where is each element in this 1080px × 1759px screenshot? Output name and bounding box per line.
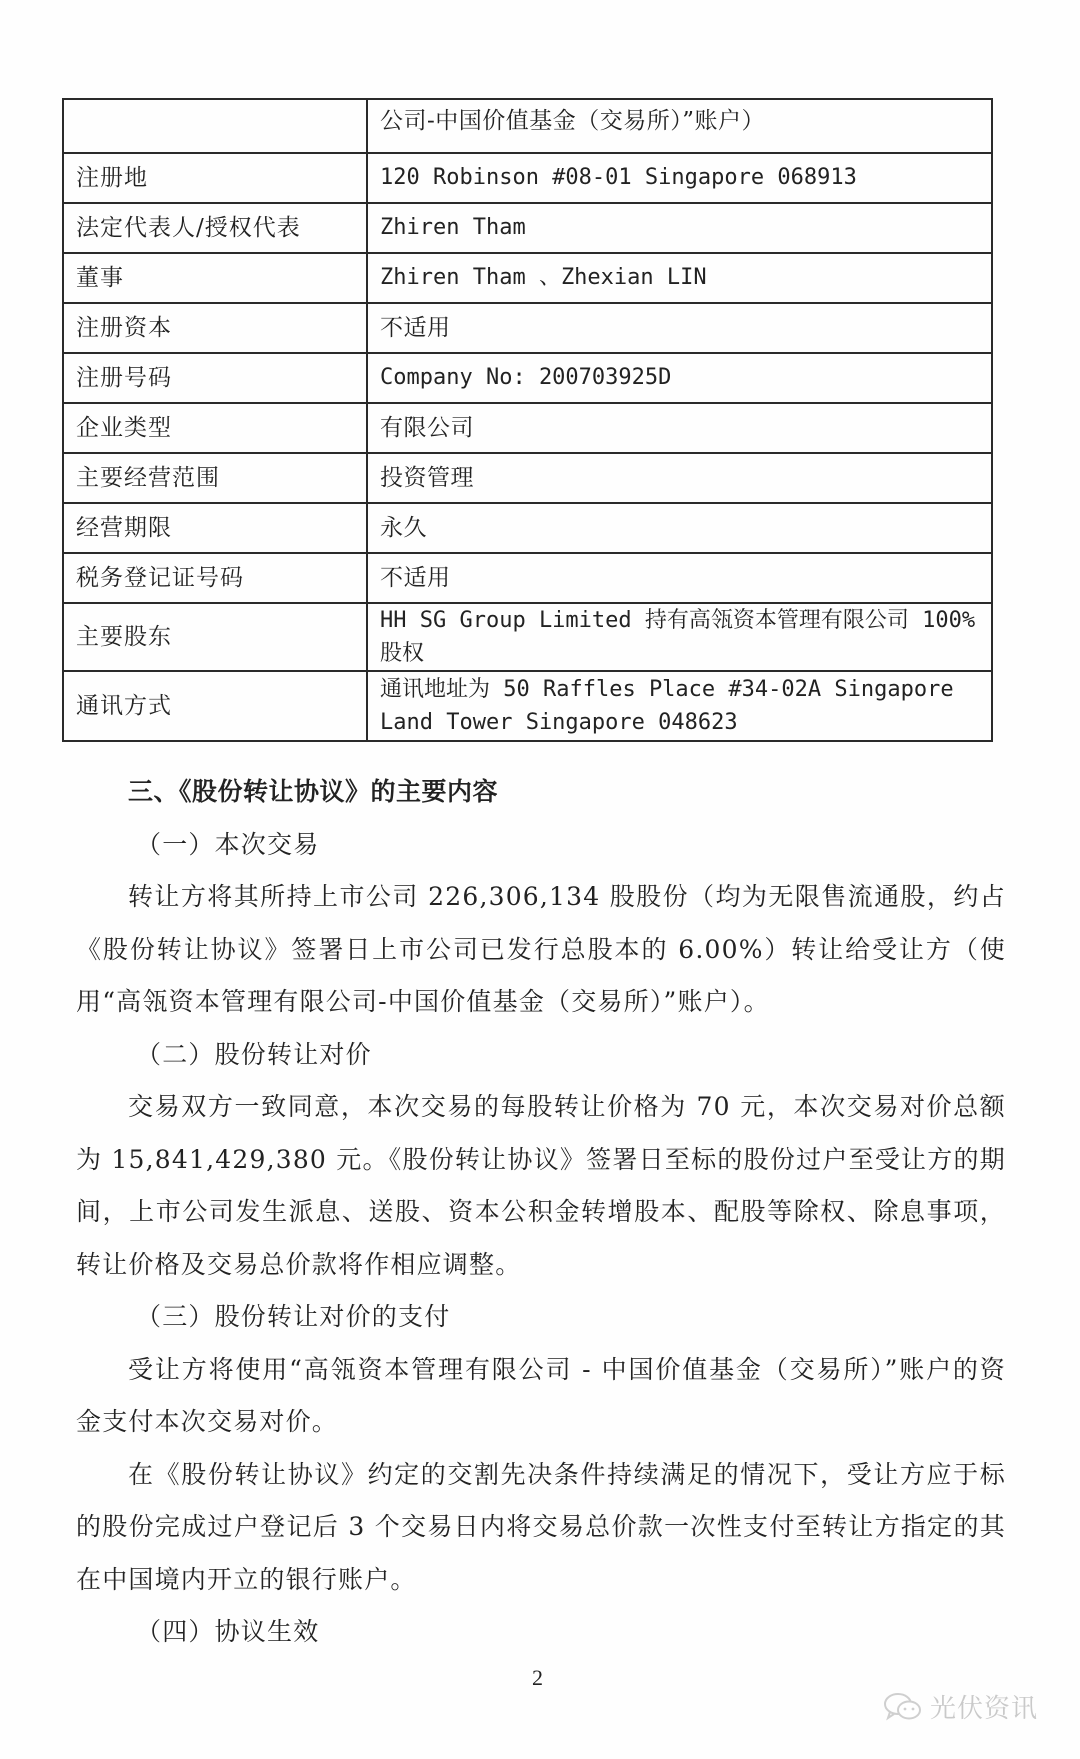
table-row: 注册资本 不适用 xyxy=(63,303,992,353)
table-cell-value: 有限公司 xyxy=(367,403,992,453)
table-row: 公司-中国价值基金（交易所）”账户） xyxy=(63,99,992,153)
table-cell-value: Zhiren Tham 、Zhexian LIN xyxy=(367,253,992,303)
paragraph: 交易双方一致同意，本次交易的每股转让价格为 70 元，本次交易对价总额为 15,… xyxy=(76,1081,1006,1291)
table-cell-label xyxy=(63,99,367,153)
table-cell-label: 董事 xyxy=(63,253,367,303)
table-cell-value: 不适用 xyxy=(367,553,992,603)
table-cell-label: 注册号码 xyxy=(63,353,367,403)
wechat-icon xyxy=(882,1690,926,1724)
document-page: 公司-中国价值基金（交易所）”账户） 注册地 120 Robinson #08-… xyxy=(0,0,1080,1759)
table-cell-label: 企业类型 xyxy=(63,403,367,453)
table-cell-label: 注册资本 xyxy=(63,303,367,353)
subsection-heading: （四）协议生效 xyxy=(76,1606,1006,1659)
table-cell-value: 不适用 xyxy=(367,303,992,353)
document-body: 三、《股份转让协议》的主要内容 （一）本次交易 转让方将其所持上市公司 226,… xyxy=(76,766,1006,1659)
table-row: 主要经营范围 投资管理 xyxy=(63,453,992,503)
table-cell-value: 永久 xyxy=(367,503,992,553)
table-row: 法定代表人/授权代表 Zhiren Tham xyxy=(63,203,992,253)
table-cell-value: Company No: 200703925D xyxy=(367,353,992,403)
table-cell-label: 通讯方式 xyxy=(63,671,367,741)
table-cell-label: 税务登记证号码 xyxy=(63,553,367,603)
table-cell-value: 120 Robinson #08-01 Singapore 068913 xyxy=(367,153,992,203)
table-cell-value: 公司-中国价值基金（交易所）”账户） xyxy=(367,99,992,153)
table-cell-value: 通讯地址为 50 Raffles Place #34-02A Singapore… xyxy=(367,671,992,741)
watermark-text: 光伏资讯 xyxy=(930,1688,1038,1725)
table-cell-label: 法定代表人/授权代表 xyxy=(63,203,367,253)
table-cell-label: 主要股东 xyxy=(63,603,367,671)
table-cell-value: 投资管理 xyxy=(367,453,992,503)
table-cell-value: Zhiren Tham xyxy=(367,203,992,253)
section-heading: 三、《股份转让协议》的主要内容 xyxy=(76,766,1006,819)
watermark: 光伏资讯 xyxy=(882,1688,1038,1725)
table-row: 注册地 120 Robinson #08-01 Singapore 068913 xyxy=(63,153,992,203)
table-cell-label: 经营期限 xyxy=(63,503,367,553)
table-row: 注册号码 Company No: 200703925D xyxy=(63,353,992,403)
page-number: 2 xyxy=(532,1665,543,1691)
paragraph: 在《股份转让协议》约定的交割先决条件持续满足的情况下，受让方应于标的股份完成过户… xyxy=(76,1449,1006,1607)
company-info-table: 公司-中国价值基金（交易所）”账户） 注册地 120 Robinson #08-… xyxy=(62,98,993,742)
table-row: 经营期限 永久 xyxy=(63,503,992,553)
subsection-heading: （一）本次交易 xyxy=(76,819,1006,872)
paragraph: 转让方将其所持上市公司 226,306,134 股股份（均为无限售流通股，约占《… xyxy=(76,871,1006,1029)
table-cell-value: HH SG Group Limited 持有高瓴资本管理有限公司 100%股权 xyxy=(367,603,992,671)
table-row: 主要股东 HH SG Group Limited 持有高瓴资本管理有限公司 10… xyxy=(63,603,992,671)
table-cell-label: 注册地 xyxy=(63,153,367,203)
table-row: 通讯方式 通讯地址为 50 Raffles Place #34-02A Sing… xyxy=(63,671,992,741)
table-cell-label: 主要经营范围 xyxy=(63,453,367,503)
table-row: 董事 Zhiren Tham 、Zhexian LIN xyxy=(63,253,992,303)
table-row: 税务登记证号码 不适用 xyxy=(63,553,992,603)
table-row: 企业类型 有限公司 xyxy=(63,403,992,453)
paragraph: 受让方将使用“高瓴资本管理有限公司 - 中国价值基金（交易所）”账户的资金支付本… xyxy=(76,1344,1006,1449)
subsection-heading: （二）股份转让对价 xyxy=(76,1029,1006,1082)
subsection-heading: （三）股份转让对价的支付 xyxy=(76,1291,1006,1344)
